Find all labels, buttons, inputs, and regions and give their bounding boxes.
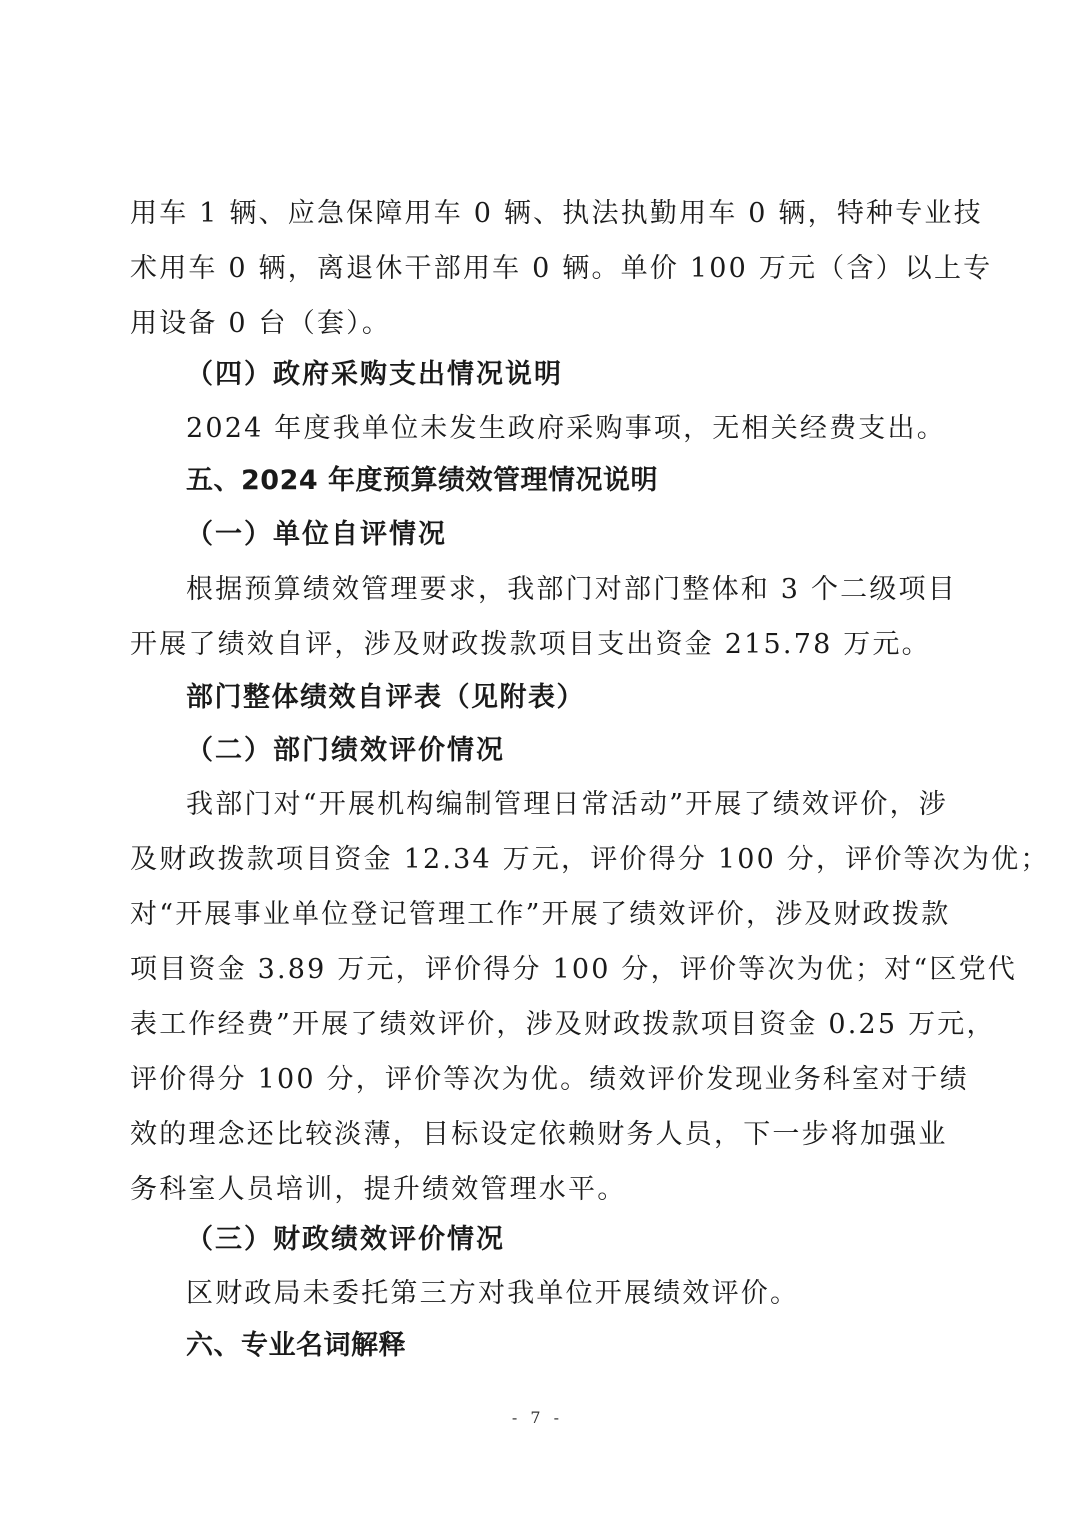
body-line: 我部门对“开展机构编制管理日常活动”开展了绩效评价，涉 [186, 787, 1006, 823]
body-line: 区财政局未委托第三方对我单位开展绩效评价。 [186, 1276, 1006, 1312]
body-line: 术用车 0 辆，离退休干部用车 0 辆。单价 100 万元（含）以上专 [130, 251, 950, 287]
chapter-heading-performance: 五、2024 年度预算绩效管理情况说明 [186, 463, 1006, 499]
body-line: 开展了绩效自评，涉及财政拨款项目支出资金 215.78 万元。 [130, 627, 950, 663]
document-page: 用车 1 辆、应急保障用车 0 辆、执法执勤用车 0 辆，特种专业技 术用车 0… [0, 0, 1075, 1520]
body-line: 效的理念还比较淡薄，目标设定依赖财务人员，下一步将加强业 [130, 1117, 950, 1153]
body-line: 用设备 0 台（套）。 [130, 306, 950, 342]
body-line: 项目资金 3.89 万元，评价得分 100 分，评价等次为优；对“区党代 [130, 952, 950, 988]
section-heading-procurement: （四）政府采购支出情况说明 [186, 357, 1006, 393]
body-line: 用车 1 辆、应急保障用车 0 辆、执法执勤用车 0 辆，特种专业技 [130, 196, 950, 232]
page-number: - 7 - [0, 1408, 1075, 1427]
section-heading-self-eval: （一）单位自评情况 [186, 517, 1006, 553]
section-heading-fiscal-eval: （三）财政绩效评价情况 [186, 1222, 1006, 1258]
body-line: 及财政拨款项目资金 12.34 万元，评价得分 100 分，评价等次为优； [130, 842, 950, 878]
body-line: 2024 年度我单位未发生政府采购事项，无相关经费支出。 [186, 411, 1006, 447]
section-heading-dept-eval: （二）部门绩效评价情况 [186, 733, 1006, 769]
self-eval-table-note: 部门整体绩效自评表（见附表） [186, 680, 1006, 716]
body-line: 评价得分 100 分，评价等次为优。绩效评价发现业务科室对于绩 [130, 1062, 950, 1098]
body-line: 对“开展事业单位登记管理工作”开展了绩效评价，涉及财政拨款 [130, 897, 950, 933]
body-line: 根据预算绩效管理要求，我部门对部门整体和 3 个二级项目 [186, 572, 1006, 608]
chapter-heading-glossary: 六、专业名词解释 [186, 1328, 1006, 1364]
body-line: 务科室人员培训，提升绩效管理水平。 [130, 1172, 950, 1208]
body-line: 表工作经费”开展了绩效评价，涉及财政拨款项目资金 0.25 万元， [130, 1007, 950, 1043]
